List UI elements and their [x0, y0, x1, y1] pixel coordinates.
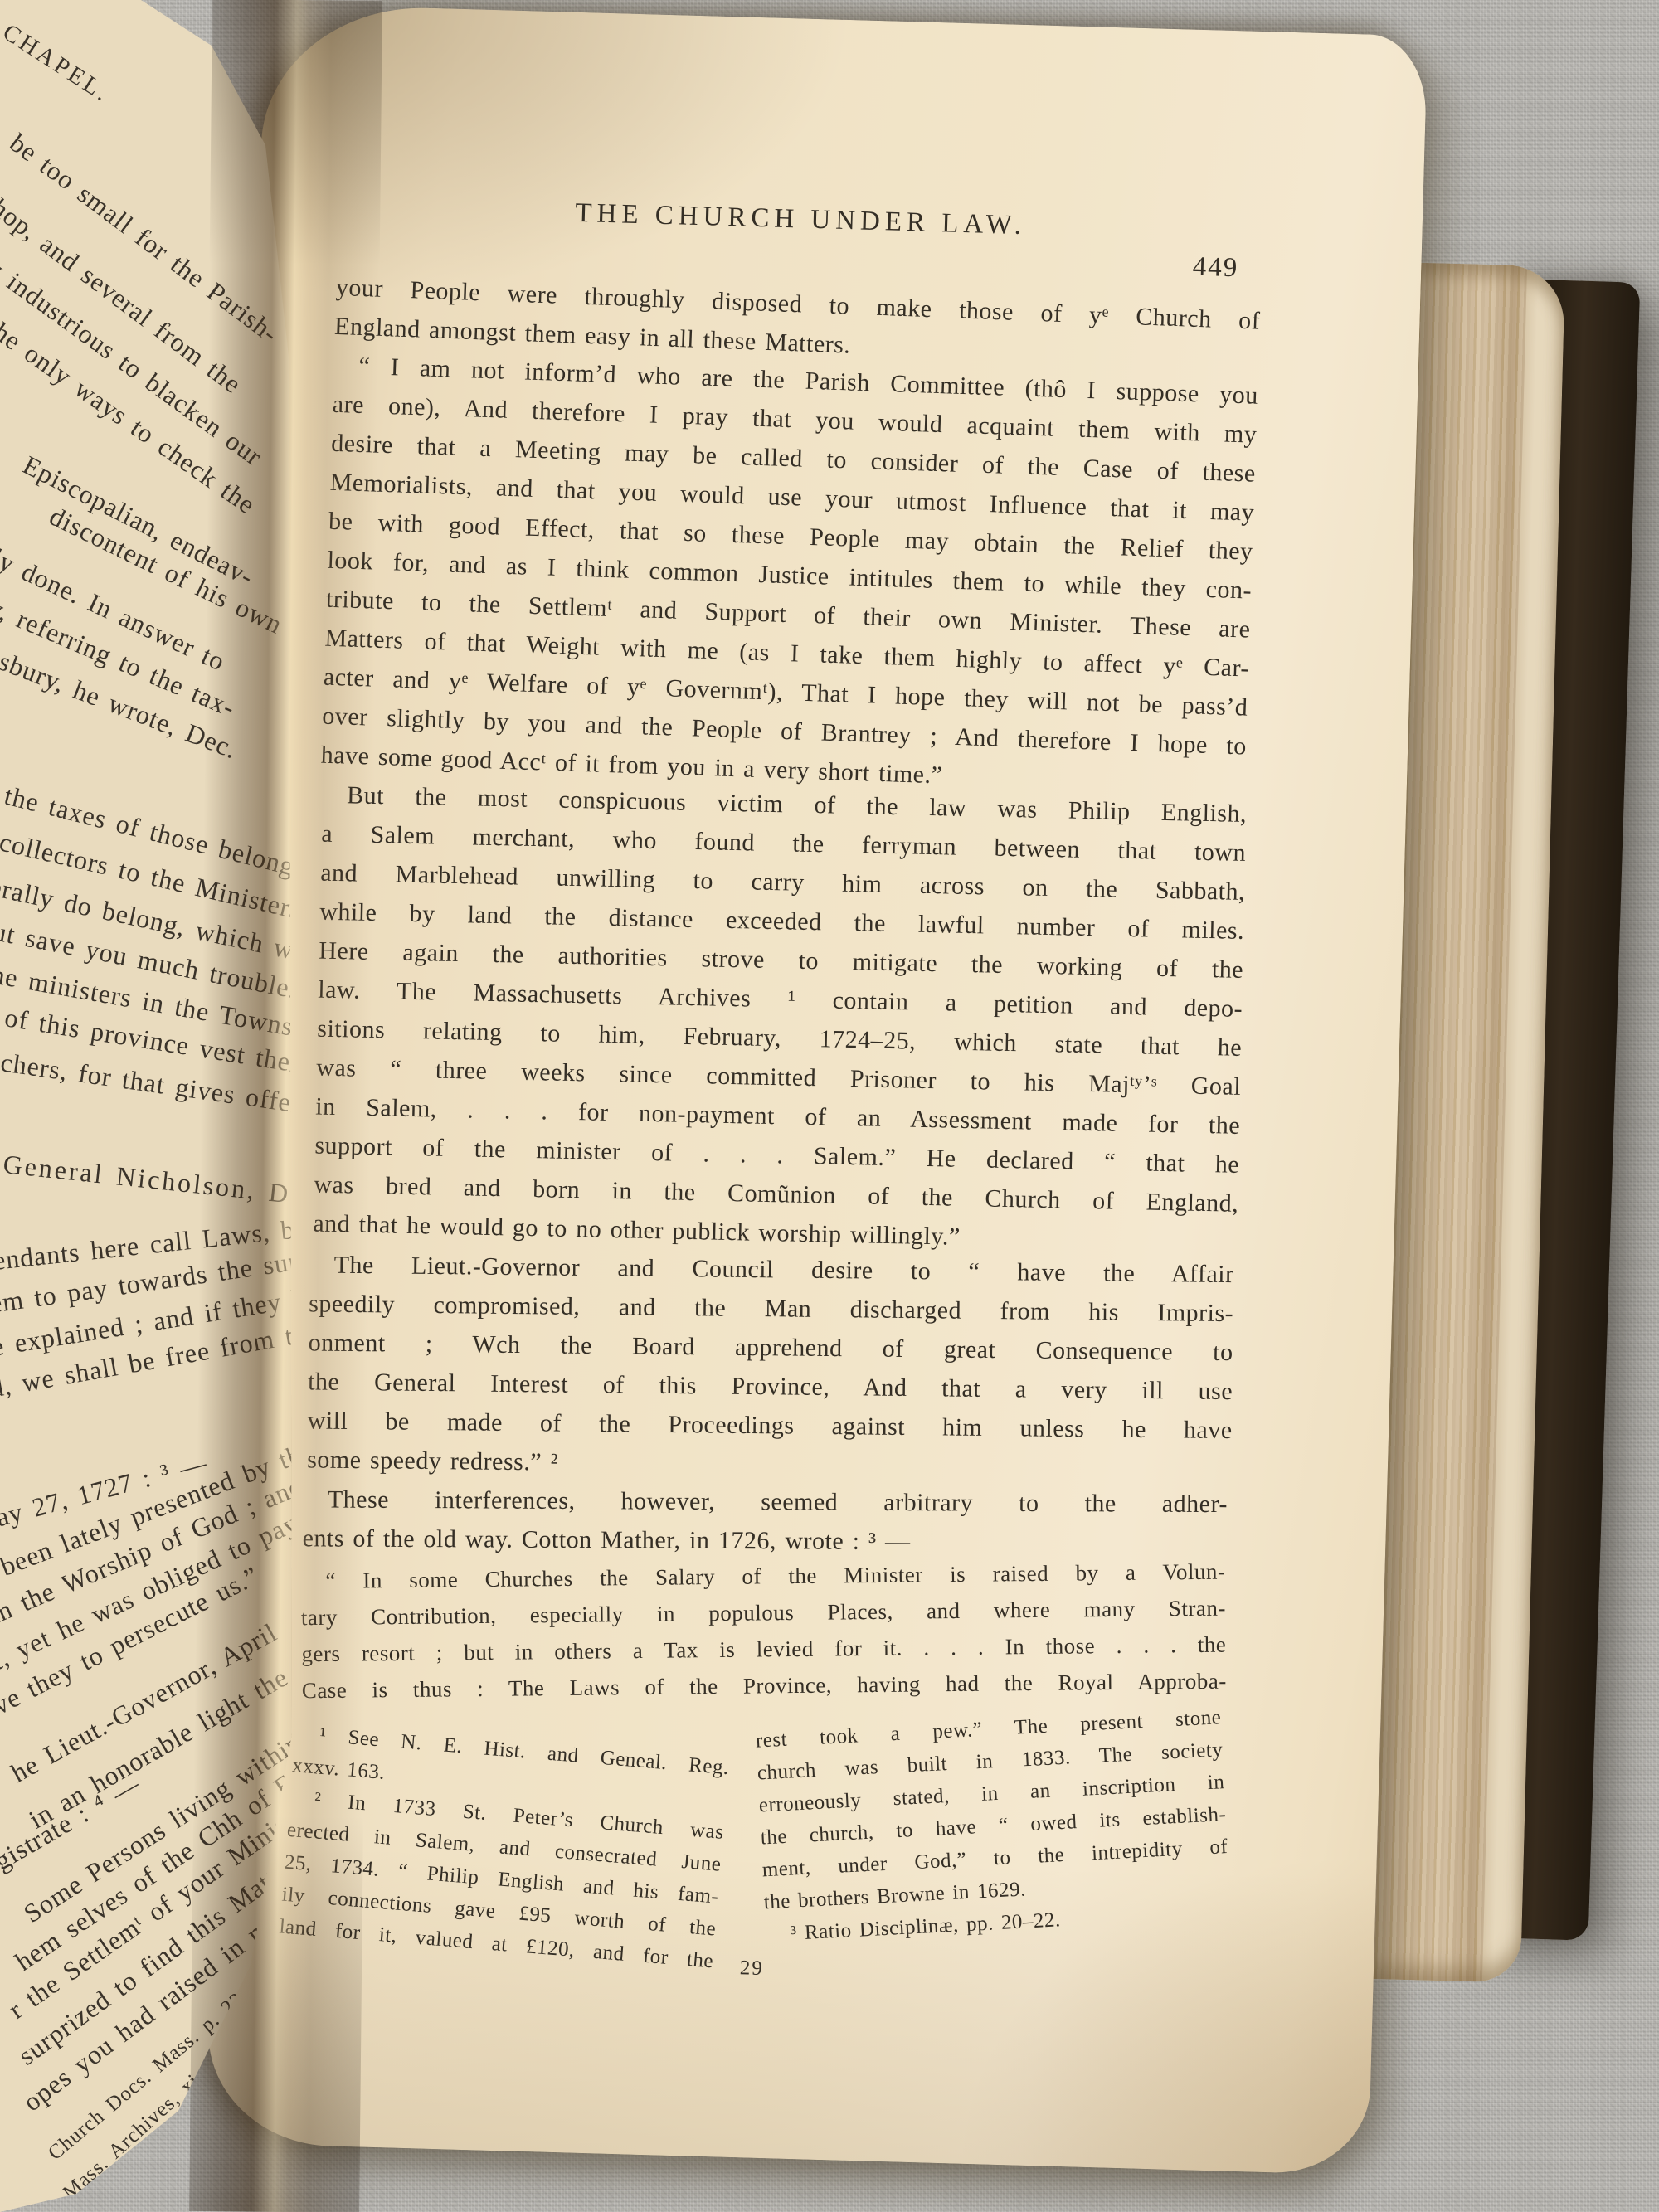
- paragraph-mather-quote: “ In some Churches the Salary of the Min…: [300, 1553, 1227, 1709]
- book-photo: THE CHURCH UNDER LAW. 449 your People we…: [0, 0, 1659, 2212]
- left-page-line: CHAPEL.: [0, 19, 115, 109]
- signature-mark: 29: [289, 1944, 1214, 1993]
- left-page-line: General Nicholson, Dec.: [2, 1149, 292, 1213]
- running-header: THE CHURCH UNDER LAW.: [338, 192, 1263, 248]
- right-page: THE CHURCH UNDER LAW. 449 your People we…: [206, 3, 1428, 2175]
- paragraph-interferences: These interferences, however, seemed arb…: [303, 1480, 1228, 1563]
- left-page: CHAPEL.be too small for the Parish-hop, …: [0, 0, 292, 2212]
- page-number: 449: [1192, 252, 1239, 284]
- paragraph-letter-quote: “ I am not inform’d who are the Parish C…: [320, 346, 1259, 805]
- paragraph-philip-english: But the most conspicuous victim of the l…: [313, 775, 1248, 1262]
- paragraph-lieut-governor: The Lieut.-Governor and Council desire t…: [307, 1245, 1234, 1489]
- text-line: These interferences, however, seemed arb…: [303, 1480, 1228, 1524]
- text-column: THE CHURCH UNDER LAW. 449 your People we…: [285, 6, 1269, 2171]
- footnote-column-right: rest took a pew.” The present stonechurc…: [755, 1701, 1232, 1951]
- left-page-text: CHAPEL.be too small for the Parish-hop, …: [0, 0, 292, 2212]
- footnote-column-left: ¹ See N. E. Hist. and Geneal. Reg.xxxv. …: [278, 1717, 730, 1977]
